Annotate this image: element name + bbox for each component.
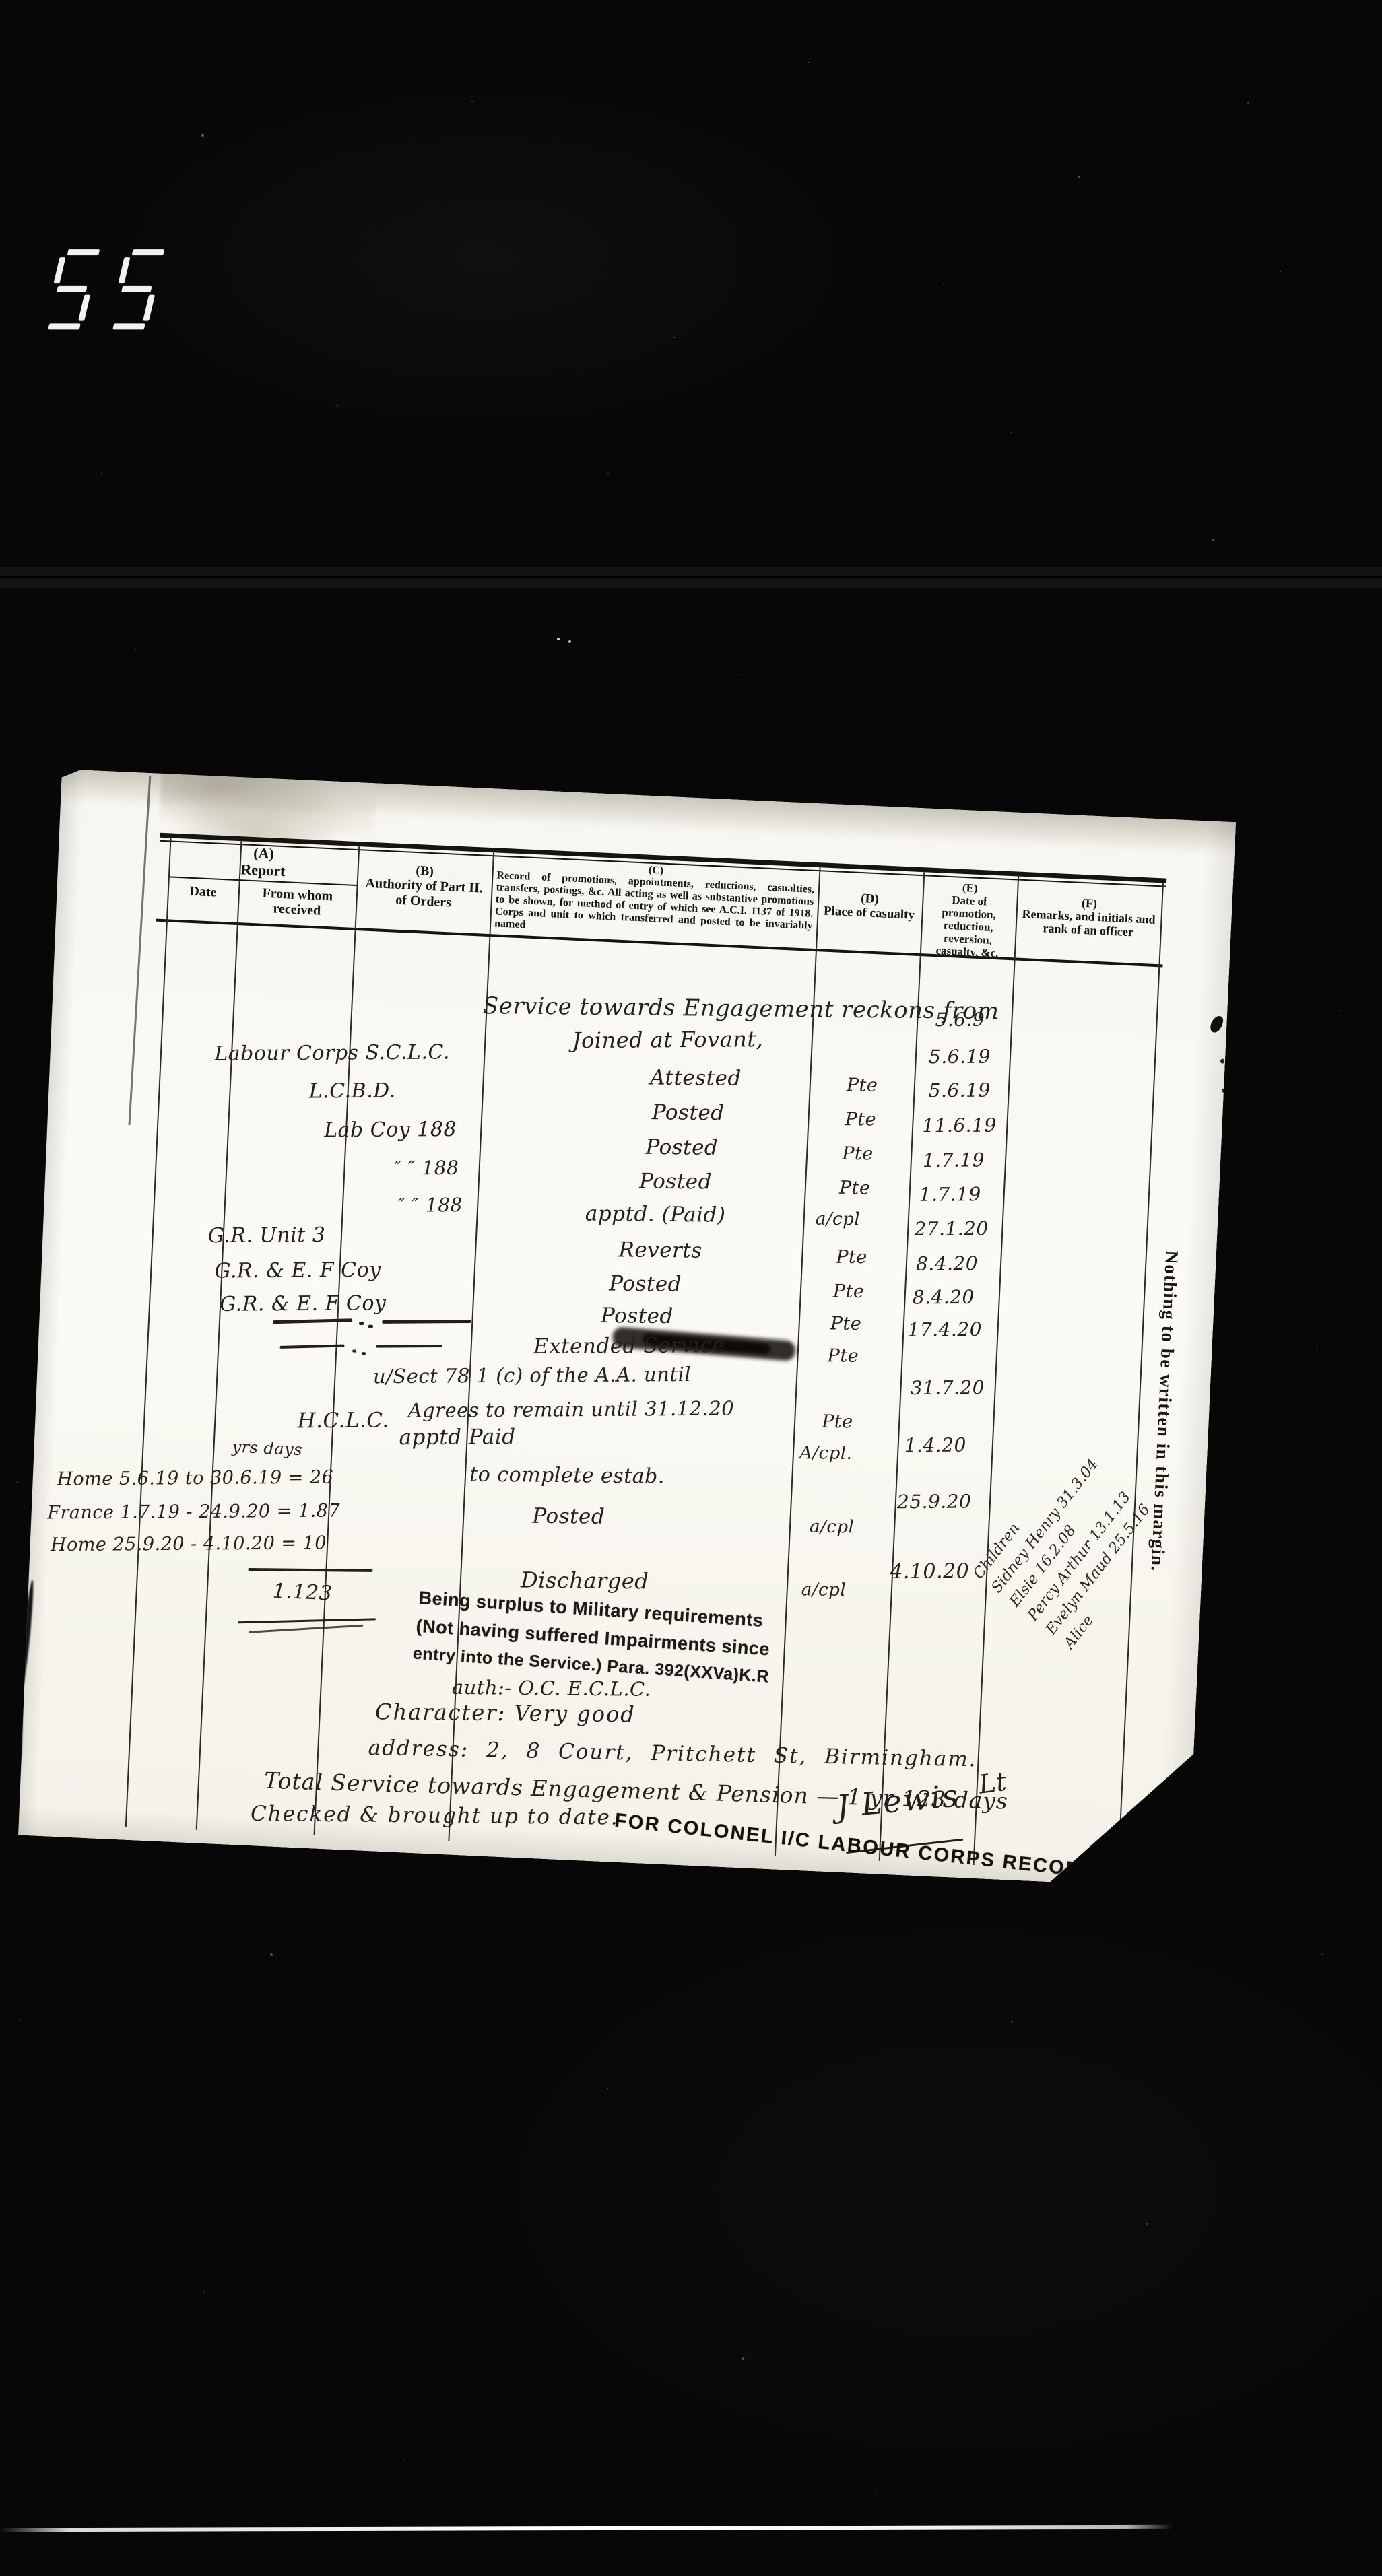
ink-blot xyxy=(1209,1014,1225,1034)
ink-dot xyxy=(1222,1089,1225,1093)
service-summary-row-1: France 1.7.19 - 24.9.20 = 1.87 xyxy=(47,1500,340,1523)
ink-dash xyxy=(279,1345,344,1349)
ink-dot xyxy=(1220,1058,1224,1063)
rank-entry-11: a/cpl xyxy=(810,1517,855,1538)
header-col-d: (D) Place of casualty xyxy=(818,889,921,922)
date-entry-11: 1.4.20 xyxy=(904,1434,966,1457)
date-entry-9: 17.4.20 xyxy=(907,1318,982,1341)
authority-entry-0: Labour Corps S.C.L.C. xyxy=(214,1040,450,1065)
event-entry-4: Posted xyxy=(645,1135,718,1160)
event-entry-11: u/Sect 78 1 (c) of the A.A. until xyxy=(373,1363,691,1388)
summary-strike-rule xyxy=(238,1618,376,1623)
column-line-ab xyxy=(314,846,360,1835)
event-entry-0: Service towards Engagement reckons from xyxy=(483,992,999,1025)
authority-entry-3: ″ ″ 188 xyxy=(395,1157,459,1180)
event-entry-6: apptd. (Paid) xyxy=(585,1202,726,1227)
event-entry-8: Posted xyxy=(609,1272,682,1297)
date-entry-8: 8.4.20 xyxy=(913,1286,975,1309)
event-entry-14: to complete estab. xyxy=(469,1463,665,1489)
checked-line: Checked & brought up to date. xyxy=(251,1802,619,1830)
seven-segment-55-icon xyxy=(34,237,185,345)
scanned-microfilm-page: { "counter": { "digits": "55" }, "margin… xyxy=(0,0,1382,2576)
event-entry-1: Joined at Fovant, xyxy=(572,1026,764,1053)
rank-entry-2: Pte xyxy=(842,1143,874,1164)
date-entry-3: 11.6.19 xyxy=(922,1114,997,1137)
column-line-date xyxy=(196,841,242,1830)
dust-specks xyxy=(0,0,1,1)
character-line: Character: Very good xyxy=(375,1699,636,1727)
header-col-e: (E) Date of promotion, reduction, revers… xyxy=(921,879,1016,960)
event-entry-16: Discharged xyxy=(521,1567,649,1594)
remarks-children-block: ChildrenSidney Henry 31.3.04Elsie 16.2.0… xyxy=(968,1441,1177,1654)
rank-entry-3: Pte xyxy=(839,1178,871,1198)
film-frame-counter xyxy=(34,237,185,348)
date-entry-6: 27.1.20 xyxy=(914,1217,989,1240)
rank-entry-8: Pte xyxy=(827,1345,859,1366)
authority-entry-4: ″ ″ 188 xyxy=(398,1194,463,1217)
rank-entry-7: Pte xyxy=(830,1313,862,1334)
event-entry-12: Agrees to remain until 31.12.20 xyxy=(408,1397,735,1422)
event-entry-10: Extended Service xyxy=(533,1333,725,1359)
auth-line: auth:- O.C. E.C.L.C. xyxy=(452,1676,651,1701)
event-entry-13: apptd Paid xyxy=(399,1425,515,1450)
ink-dash xyxy=(382,1320,471,1324)
header-date: Date xyxy=(167,883,238,901)
officer-signature-rank: Lt xyxy=(977,1767,1008,1800)
event-entry-15: Posted xyxy=(532,1504,605,1529)
rank-entry-4: a/cpl xyxy=(816,1209,861,1230)
col-b-title: Authority of Part II. of Orders xyxy=(357,876,490,912)
service-summary-row-2: Home 25.9.20 - 4.10.20 = 10 xyxy=(51,1532,327,1555)
rank-entry-6: Pte xyxy=(833,1281,865,1302)
authority-entry-8: H.C.L.C. xyxy=(297,1408,389,1433)
ink-dot xyxy=(362,1352,366,1355)
summary-strike-rule-2 xyxy=(249,1625,363,1633)
date-entry-12: 25.9.20 xyxy=(897,1490,972,1513)
rank-entry-5: Pte xyxy=(836,1247,867,1268)
edge-ink-mark xyxy=(19,1580,36,1691)
edge-ink-mark xyxy=(18,1699,23,1761)
date-entry-4: 1.7.19 xyxy=(923,1149,985,1172)
authority-entry-2: Lab Coy 188 xyxy=(324,1118,457,1142)
event-entry-9: Posted xyxy=(601,1303,673,1328)
col-e-title: Date of promotion, reduction, reversion,… xyxy=(921,892,1016,960)
service-summary-row-0: Home 5.6.19 to 30.6.19 = 26 xyxy=(57,1467,333,1490)
film-scan-line xyxy=(0,576,1382,578)
date-entry-2: 5.6.19 xyxy=(929,1079,991,1102)
rank-entry-9: Pte xyxy=(822,1411,853,1432)
rank-entry-1: Pte xyxy=(845,1109,876,1130)
date-entry-10: 31.7.20 xyxy=(911,1376,985,1399)
col-f-title: Remarks, and initials and rank of an off… xyxy=(1018,907,1158,941)
column-line-a-left xyxy=(125,838,172,1827)
paper-crease xyxy=(128,776,151,1125)
date-entry-0: 5.6.9 xyxy=(935,1009,985,1031)
summary-total-rule xyxy=(248,1568,372,1572)
header-col-c: (C) Record of promotions, appointments, … xyxy=(494,857,815,944)
address-line: address: 2, 8 Court, Pritchett St, Birmi… xyxy=(368,1736,977,1771)
date-entry-5: 1.7.19 xyxy=(919,1183,981,1206)
authority-entry-5: G.R. Unit 3 xyxy=(208,1223,326,1248)
date-entry-1: 5.6.19 xyxy=(929,1046,991,1069)
ink-dot xyxy=(359,1322,364,1325)
header-col-f: (F) Remarks, and initials and rank of an… xyxy=(1018,893,1159,941)
event-entry-3: Posted xyxy=(652,1100,725,1125)
rank-entry-0: Pte xyxy=(847,1075,878,1095)
date-entry-13: 4.10.20 xyxy=(890,1559,969,1584)
authority-entry-1: L.C.B.D. xyxy=(309,1079,396,1104)
service-record-form: (A) Report Date From whom received (B) A… xyxy=(13,769,1236,1889)
ink-dash xyxy=(273,1318,352,1324)
summary-header: yrs days xyxy=(232,1437,303,1460)
film-bottom-streak xyxy=(0,2525,1173,2532)
authority-entry-6: G.R. & E. F Coy xyxy=(214,1258,381,1283)
ink-dash xyxy=(376,1345,442,1348)
authority-entry-7: G.R. & E. F Coy xyxy=(220,1291,386,1316)
summary-total: 1.123 xyxy=(272,1579,333,1605)
header-col-b: (B) Authority of Part II. of Orders xyxy=(357,860,491,912)
header-from-whom: From whom received xyxy=(238,885,356,920)
ink-dot xyxy=(368,1324,373,1328)
rank-entry-12: a/cpl xyxy=(801,1580,847,1600)
event-entry-5: Posted xyxy=(639,1169,712,1194)
event-entry-2: Attested xyxy=(650,1065,742,1090)
date-entry-7: 8.4.20 xyxy=(916,1252,978,1275)
ink-dot xyxy=(352,1349,356,1352)
rank-entry-10: A/cpl. xyxy=(799,1443,853,1464)
event-entry-7: Reverts xyxy=(618,1238,702,1262)
